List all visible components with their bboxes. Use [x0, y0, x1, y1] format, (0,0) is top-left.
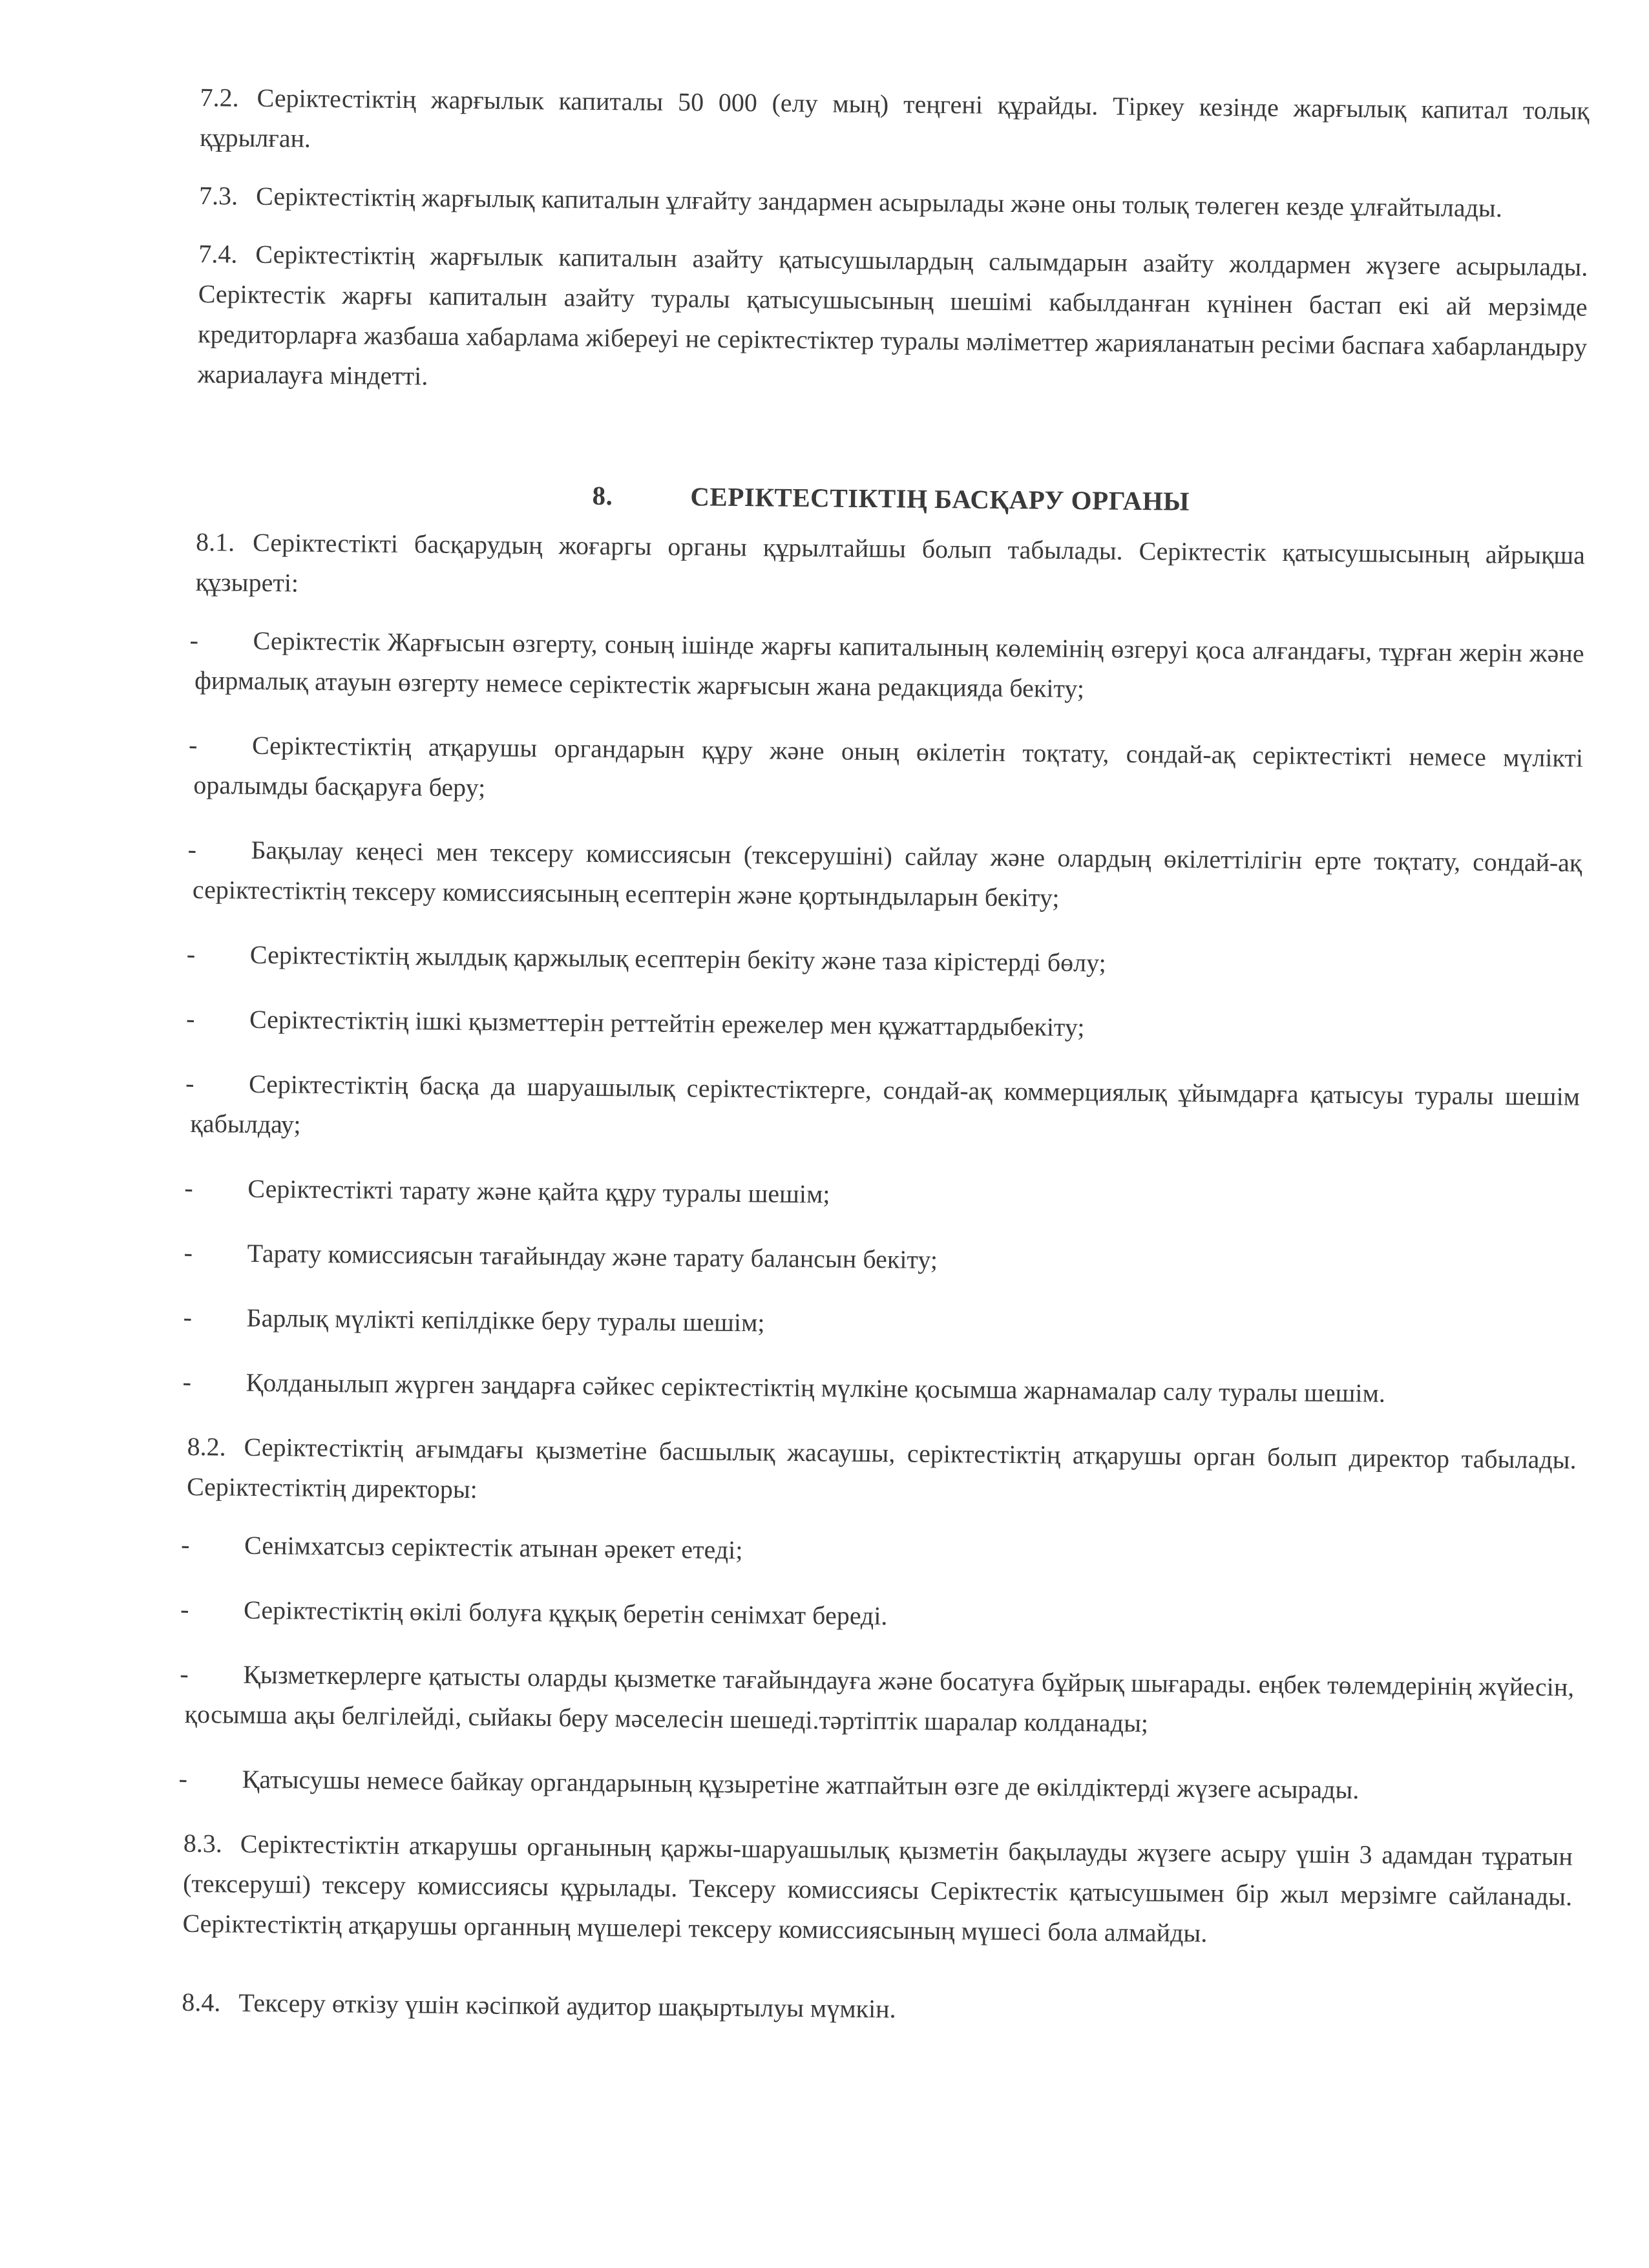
dash-bullet-icon: - — [184, 1233, 193, 1273]
paragraph-7-3: 7.3.Серіктестіктің жарғылық капиталын ұл… — [199, 176, 1588, 229]
list-item: -Серіктестіктің басқа да шаруашылық сері… — [190, 1064, 1580, 1157]
list-item: -Серіктестіктің атқарушы органдарын құру… — [193, 725, 1583, 819]
paragraph-text: Серіктестіктің жарғылык капиталы 50 000 … — [200, 83, 1590, 153]
list-item-text: Серіктестіктің басқа да шаруашылық серік… — [190, 1069, 1580, 1139]
paragraph-7-2: 7.2.Серіктестіктің жарғылык капиталы 50 … — [200, 78, 1590, 171]
section-number: 8. — [592, 481, 613, 510]
list-item-text: Қолданылып жүрген заңдарға сәйкес серікт… — [246, 1368, 1385, 1408]
dash-bullet-icon: - — [180, 1654, 189, 1694]
paragraph-8-2: 8.2.Серіктестіктің ағымдағы қызметіне ба… — [187, 1427, 1577, 1520]
list-item: -Барлық мүлікті кепілдікке беру туралы ш… — [188, 1297, 1577, 1351]
dash-bullet-icon: - — [178, 1759, 187, 1799]
paragraph-number: 7.4. — [198, 239, 237, 269]
dash-bullet-icon: - — [182, 1362, 191, 1402]
paragraph-number: 7.2. — [200, 83, 238, 112]
list-item-text: Серіктестіктің ішкі қызметтерін реттейті… — [249, 1005, 1085, 1042]
list-item-text: Қызметкерлерге қатысты оларды қызметке т… — [184, 1660, 1574, 1738]
section-title: СЕРІКТЕСТІКТІҢ БАСҚАРУ ОРГАНЫ — [690, 481, 1190, 516]
paragraph-text: Серіктестіктің ағымдағы қызметіне басшыл… — [187, 1433, 1577, 1504]
paragraph-text: Серіктестіктің жарғылык капиталын азайту… — [197, 240, 1588, 391]
list-item: -Серіктестіктің өкілі болуға құқық берет… — [185, 1590, 1575, 1643]
paragraph-text: Тексеру өткізу үшін кәсіпкой аудитор шақ… — [238, 1988, 896, 2024]
paragraph-number: 8.4. — [182, 1988, 220, 2017]
dash-bullet-icon: - — [183, 1297, 192, 1338]
list-item: -Қолданылып жүрген заңдарға сәйкес серік… — [187, 1362, 1577, 1416]
list-item-text: Серіктестіктің өкілі болуға құқық береті… — [244, 1595, 888, 1631]
document-page: 7.2.Серіктестіктің жарғылык капиталы 50 … — [182, 78, 1590, 2053]
paragraph-text: Серіктестікті басқарудың жоғаргы органы … — [195, 528, 1585, 598]
dash-bullet-icon: - — [187, 830, 196, 870]
section-heading: 8.СЕРІКТЕСТІКТІҢ БАСҚАРУ ОРГАНЫ — [196, 472, 1586, 525]
list-item: -Қызметкерлерге қатысты оларды қызметке … — [184, 1654, 1574, 1748]
list-item-text: Серіктестікті тарату және қайта құру тур… — [247, 1174, 830, 1209]
paragraph-number: 8.1. — [196, 527, 235, 557]
list-item: -Серіктестіктің ішкі қызметтерін реттейт… — [191, 999, 1581, 1053]
dash-bullet-icon: - — [189, 725, 198, 765]
list-item: -Серіктестікті тарату және қайта құру ту… — [189, 1168, 1579, 1222]
list-item-text: Серіктестіктің атқарушы органдарын құру … — [193, 731, 1583, 802]
dash-bullet-icon: - — [184, 1168, 193, 1208]
list-item: -Тарату комиссиясын тағайындау және тара… — [189, 1233, 1578, 1286]
dash-bullet-icon: - — [180, 1590, 189, 1630]
dash-bullet-icon: - — [186, 999, 195, 1039]
list-item-text: Сенімхатсыз серіктестік атынан әрекет ет… — [244, 1531, 743, 1564]
list-item-text: Қатысушы немесе байкау органдарының құзы… — [242, 1765, 1360, 1805]
list-item-text: Тарату комиссиясын тағайындау және тарат… — [247, 1239, 938, 1274]
list-item: -Бақылау кеңесі мен тексеру комиссиясын … — [193, 830, 1582, 923]
list-item-text: Бақылау кеңесі мен тексеру комиссиясын (… — [193, 835, 1582, 912]
director-duties-list: -Сенімхатсыз серіктестік атынан әрекет е… — [184, 1525, 1575, 1812]
paragraph-number: 7.3. — [199, 181, 238, 211]
dash-bullet-icon: - — [187, 934, 196, 974]
list-item: -Сенімхатсыз серіктестік атынан әрекет е… — [186, 1525, 1575, 1579]
paragraph-8-4: 8.4.Тексеру өткізу үшін кәсіпкой аудитор… — [182, 1982, 1571, 2036]
paragraph-text: Серіктестіктің жарғылық капиталын ұлғайт… — [256, 182, 1502, 223]
list-item: -Қатысушы немесе байкау органдарының құз… — [184, 1759, 1573, 1812]
paragraph-text: Серіктестіктін аткарушы органының қаржы-… — [182, 1829, 1573, 1948]
exclusive-competence-list: -Серіктестік Жарғысын өзгерту, соның іші… — [187, 620, 1584, 1416]
dash-bullet-icon: - — [189, 620, 198, 660]
list-item-text: Серіктестік Жарғысын өзгерту, соның ішін… — [194, 626, 1584, 703]
dash-bullet-icon: - — [181, 1525, 190, 1565]
list-item-text: Серіктестіктің жылдық қаржылық есептерін… — [250, 940, 1106, 978]
list-item: -Серіктестіктің жылдық қаржылық есептері… — [192, 934, 1581, 988]
list-item-text: Барлық мүлікті кепілдікке беру туралы ше… — [246, 1303, 764, 1338]
paragraph-7-4: 7.4.Серіктестіктің жарғылык капиталын аз… — [197, 234, 1588, 408]
paragraph-number: 8.3. — [184, 1829, 222, 1858]
dash-bullet-icon: - — [185, 1064, 194, 1104]
paragraph-8-1: 8.1.Серіктестікті басқарудың жоғаргы орг… — [195, 522, 1585, 616]
paragraph-number: 8.2. — [187, 1432, 226, 1462]
list-item: -Серіктестік Жарғысын өзгерту, соның іші… — [194, 620, 1584, 714]
paragraph-8-3: 8.3.Серіктестіктін аткарушы органының қа… — [182, 1823, 1573, 1957]
